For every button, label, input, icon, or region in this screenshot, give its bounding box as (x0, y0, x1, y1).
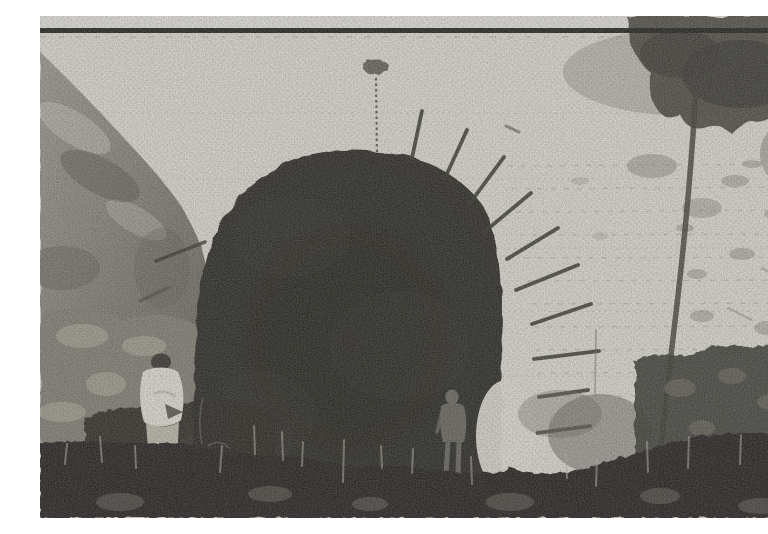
photo-canvas (40, 16, 768, 518)
grain-light-overlay (40, 16, 768, 518)
newspaper-photo (40, 16, 768, 518)
